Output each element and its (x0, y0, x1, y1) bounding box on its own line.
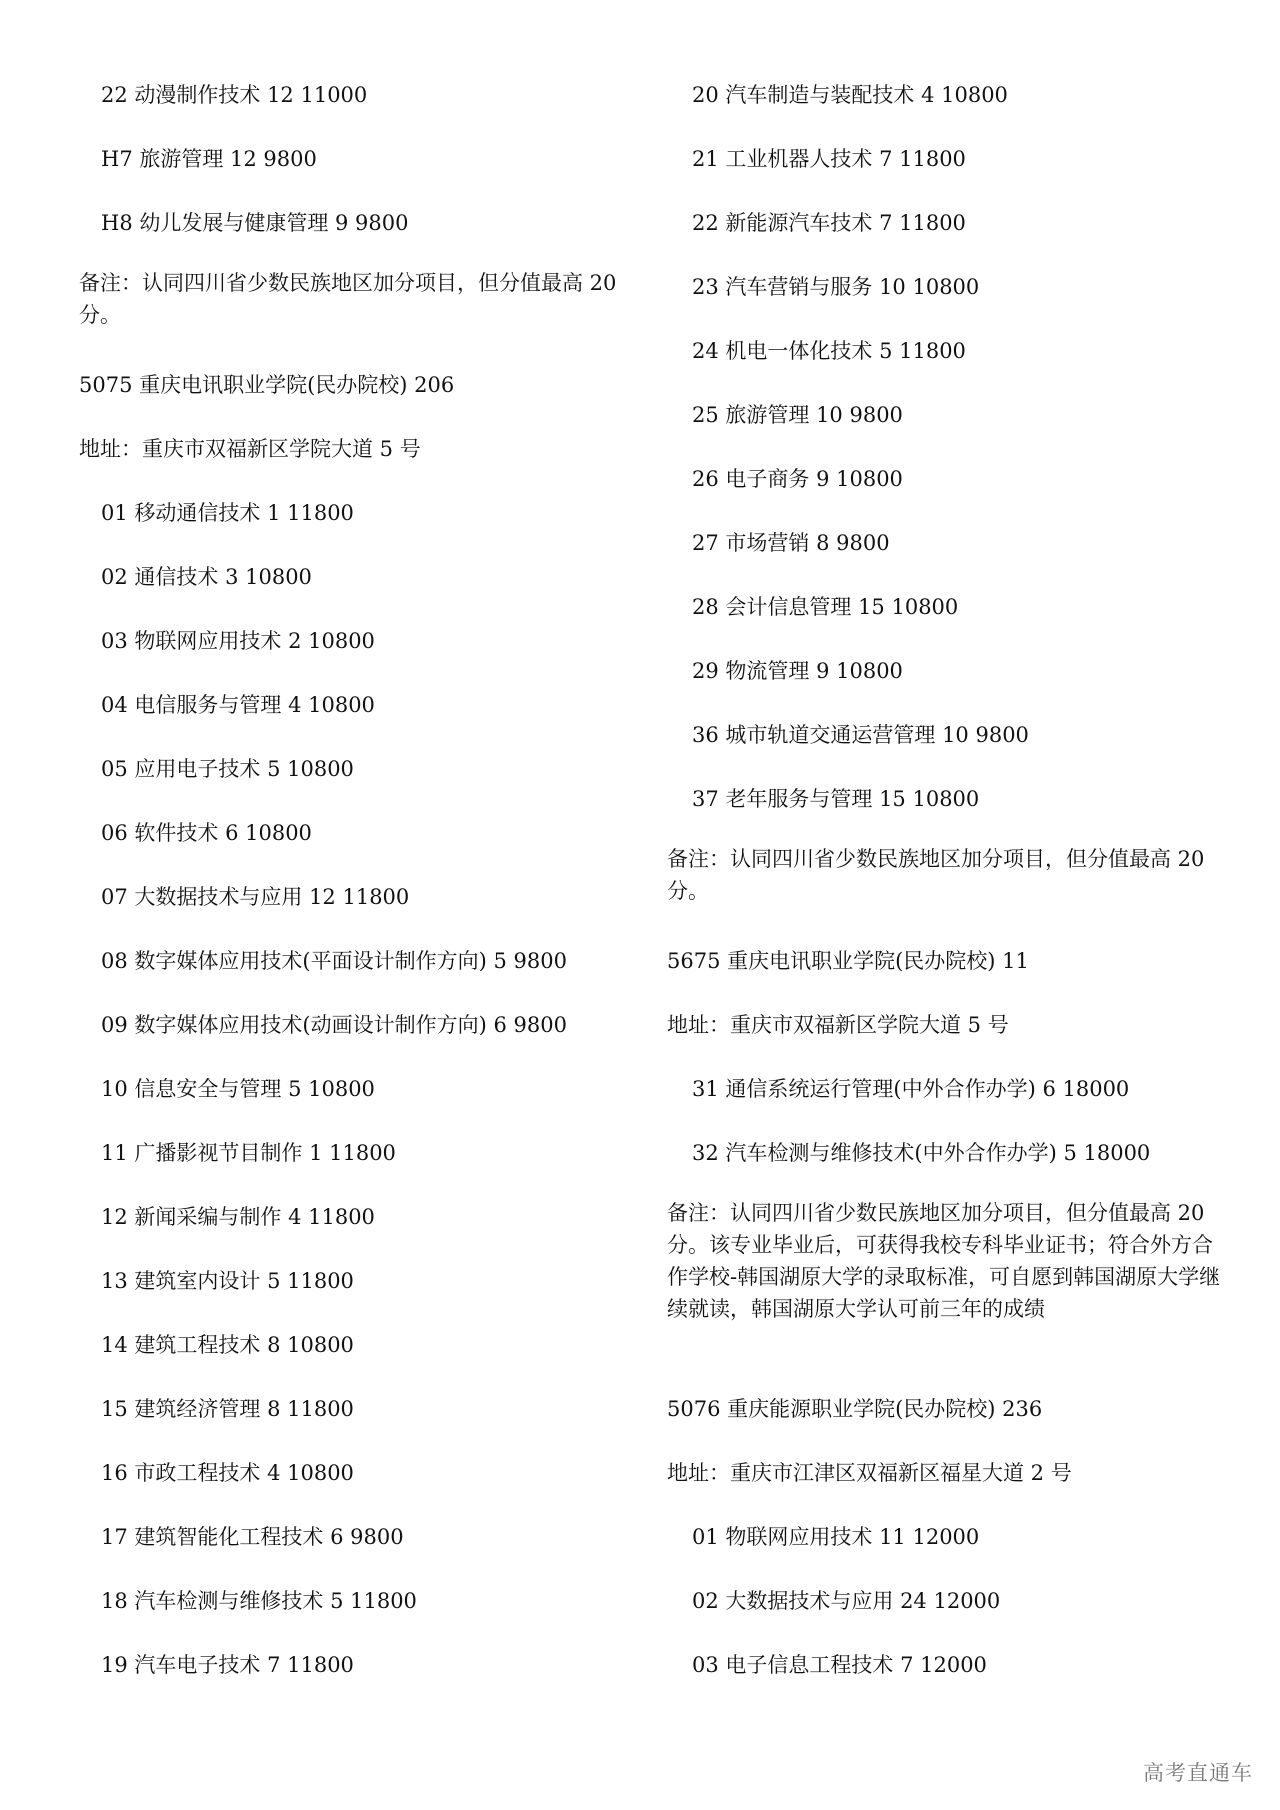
school-header: 5076 重庆能源职业学院(民办院校) 236 (667, 1395, 1042, 1423)
school-address: 地址：重庆市双福新区学院大道 5 号 (79, 435, 421, 463)
major-entry: 05 应用电子技术 5 10800 (101, 755, 354, 783)
major-entry: 22 新能源汽车技术 7 11800 (692, 209, 966, 237)
major-entry: 16 市政工程技术 4 10800 (101, 1459, 354, 1487)
major-entry: 07 大数据技术与应用 12 11800 (101, 883, 409, 911)
major-entry: 03 电子信息工程技术 7 12000 (692, 1651, 987, 1679)
major-entry: 18 汽车检测与维修技术 5 11800 (101, 1587, 417, 1615)
major-entry: 23 汽车营销与服务 10 10800 (692, 273, 979, 301)
major-entry: 12 新闻采编与制作 4 11800 (101, 1203, 375, 1231)
major-entry: 02 大数据技术与应用 24 12000 (692, 1587, 1000, 1615)
major-entry: 01 移动通信技术 1 11800 (101, 499, 354, 527)
major-entry: 06 软件技术 6 10800 (101, 819, 312, 847)
major-entry: 37 老年服务与管理 15 10800 (692, 785, 979, 813)
major-entry: 04 电信服务与管理 4 10800 (101, 691, 375, 719)
major-entry: 14 建筑工程技术 8 10800 (101, 1331, 354, 1359)
major-entry: 01 物联网应用技术 11 12000 (692, 1523, 979, 1551)
major-entry: 13 建筑室内设计 5 11800 (101, 1267, 354, 1295)
major-entry: 02 通信技术 3 10800 (101, 563, 312, 591)
major-entry: 03 物联网应用技术 2 10800 (101, 627, 375, 655)
school-address: 地址：重庆市双福新区学院大道 5 号 (667, 1011, 1009, 1039)
watermark: 高考直通车 (1143, 1757, 1253, 1787)
school-header: 5075 重庆电讯职业学院(民办院校) 206 (79, 371, 454, 399)
school-header: 5675 重庆电讯职业学院(民办院校) 11 (667, 947, 1029, 975)
major-entry: 29 物流管理 9 10800 (692, 657, 903, 685)
major-entry: 08 数字媒体应用技术(平面设计制作方向) 5 9800 (101, 947, 567, 975)
major-entry: H7 旅游管理 12 9800 (101, 145, 317, 173)
major-entry: 36 城市轨道交通运营管理 10 9800 (692, 721, 1029, 749)
major-entry: 15 建筑经济管理 8 11800 (101, 1395, 354, 1423)
major-entry: 11 广播影视节目制作 1 11800 (101, 1139, 396, 1167)
major-entry: 24 机电一体化技术 5 11800 (692, 337, 966, 365)
major-entry: 32 汽车检测与维修技术(中外合作办学) 5 18000 (692, 1139, 1150, 1167)
major-entry: 27 市场营销 8 9800 (692, 529, 890, 557)
major-entry: 17 建筑智能化工程技术 6 9800 (101, 1523, 404, 1551)
major-entry: 28 会计信息管理 15 10800 (692, 593, 958, 621)
major-entry: 21 工业机器人技术 7 11800 (692, 145, 966, 173)
major-entry: 20 汽车制造与装配技术 4 10800 (692, 81, 1008, 109)
major-entry: 19 汽车电子技术 7 11800 (101, 1651, 354, 1679)
major-entry: 26 电子商务 9 10800 (692, 465, 903, 493)
remark-note: 备注：认同四川省少数民族地区加分项目，但分值最高 20 分。该专业毕业后，可获得… (667, 1197, 1227, 1325)
major-entry: 22 动漫制作技术 12 11000 (101, 81, 367, 109)
major-entry: H8 幼儿发展与健康管理 9 9800 (101, 209, 409, 237)
remark-note: 备注：认同四川省少数民族地区加分项目，但分值最高 20 分。 (79, 267, 629, 331)
remark-note: 备注：认同四川省少数民族地区加分项目，但分值最高 20 分。 (667, 843, 1227, 907)
school-address: 地址：重庆市江津区双福新区福星大道 2 号 (667, 1459, 1072, 1487)
major-entry: 09 数字媒体应用技术(动画设计制作方向) 6 9800 (101, 1011, 567, 1039)
major-entry: 25 旅游管理 10 9800 (692, 401, 903, 429)
major-entry: 10 信息安全与管理 5 10800 (101, 1075, 375, 1103)
major-entry: 31 通信系统运行管理(中外合作办学) 6 18000 (692, 1075, 1129, 1103)
